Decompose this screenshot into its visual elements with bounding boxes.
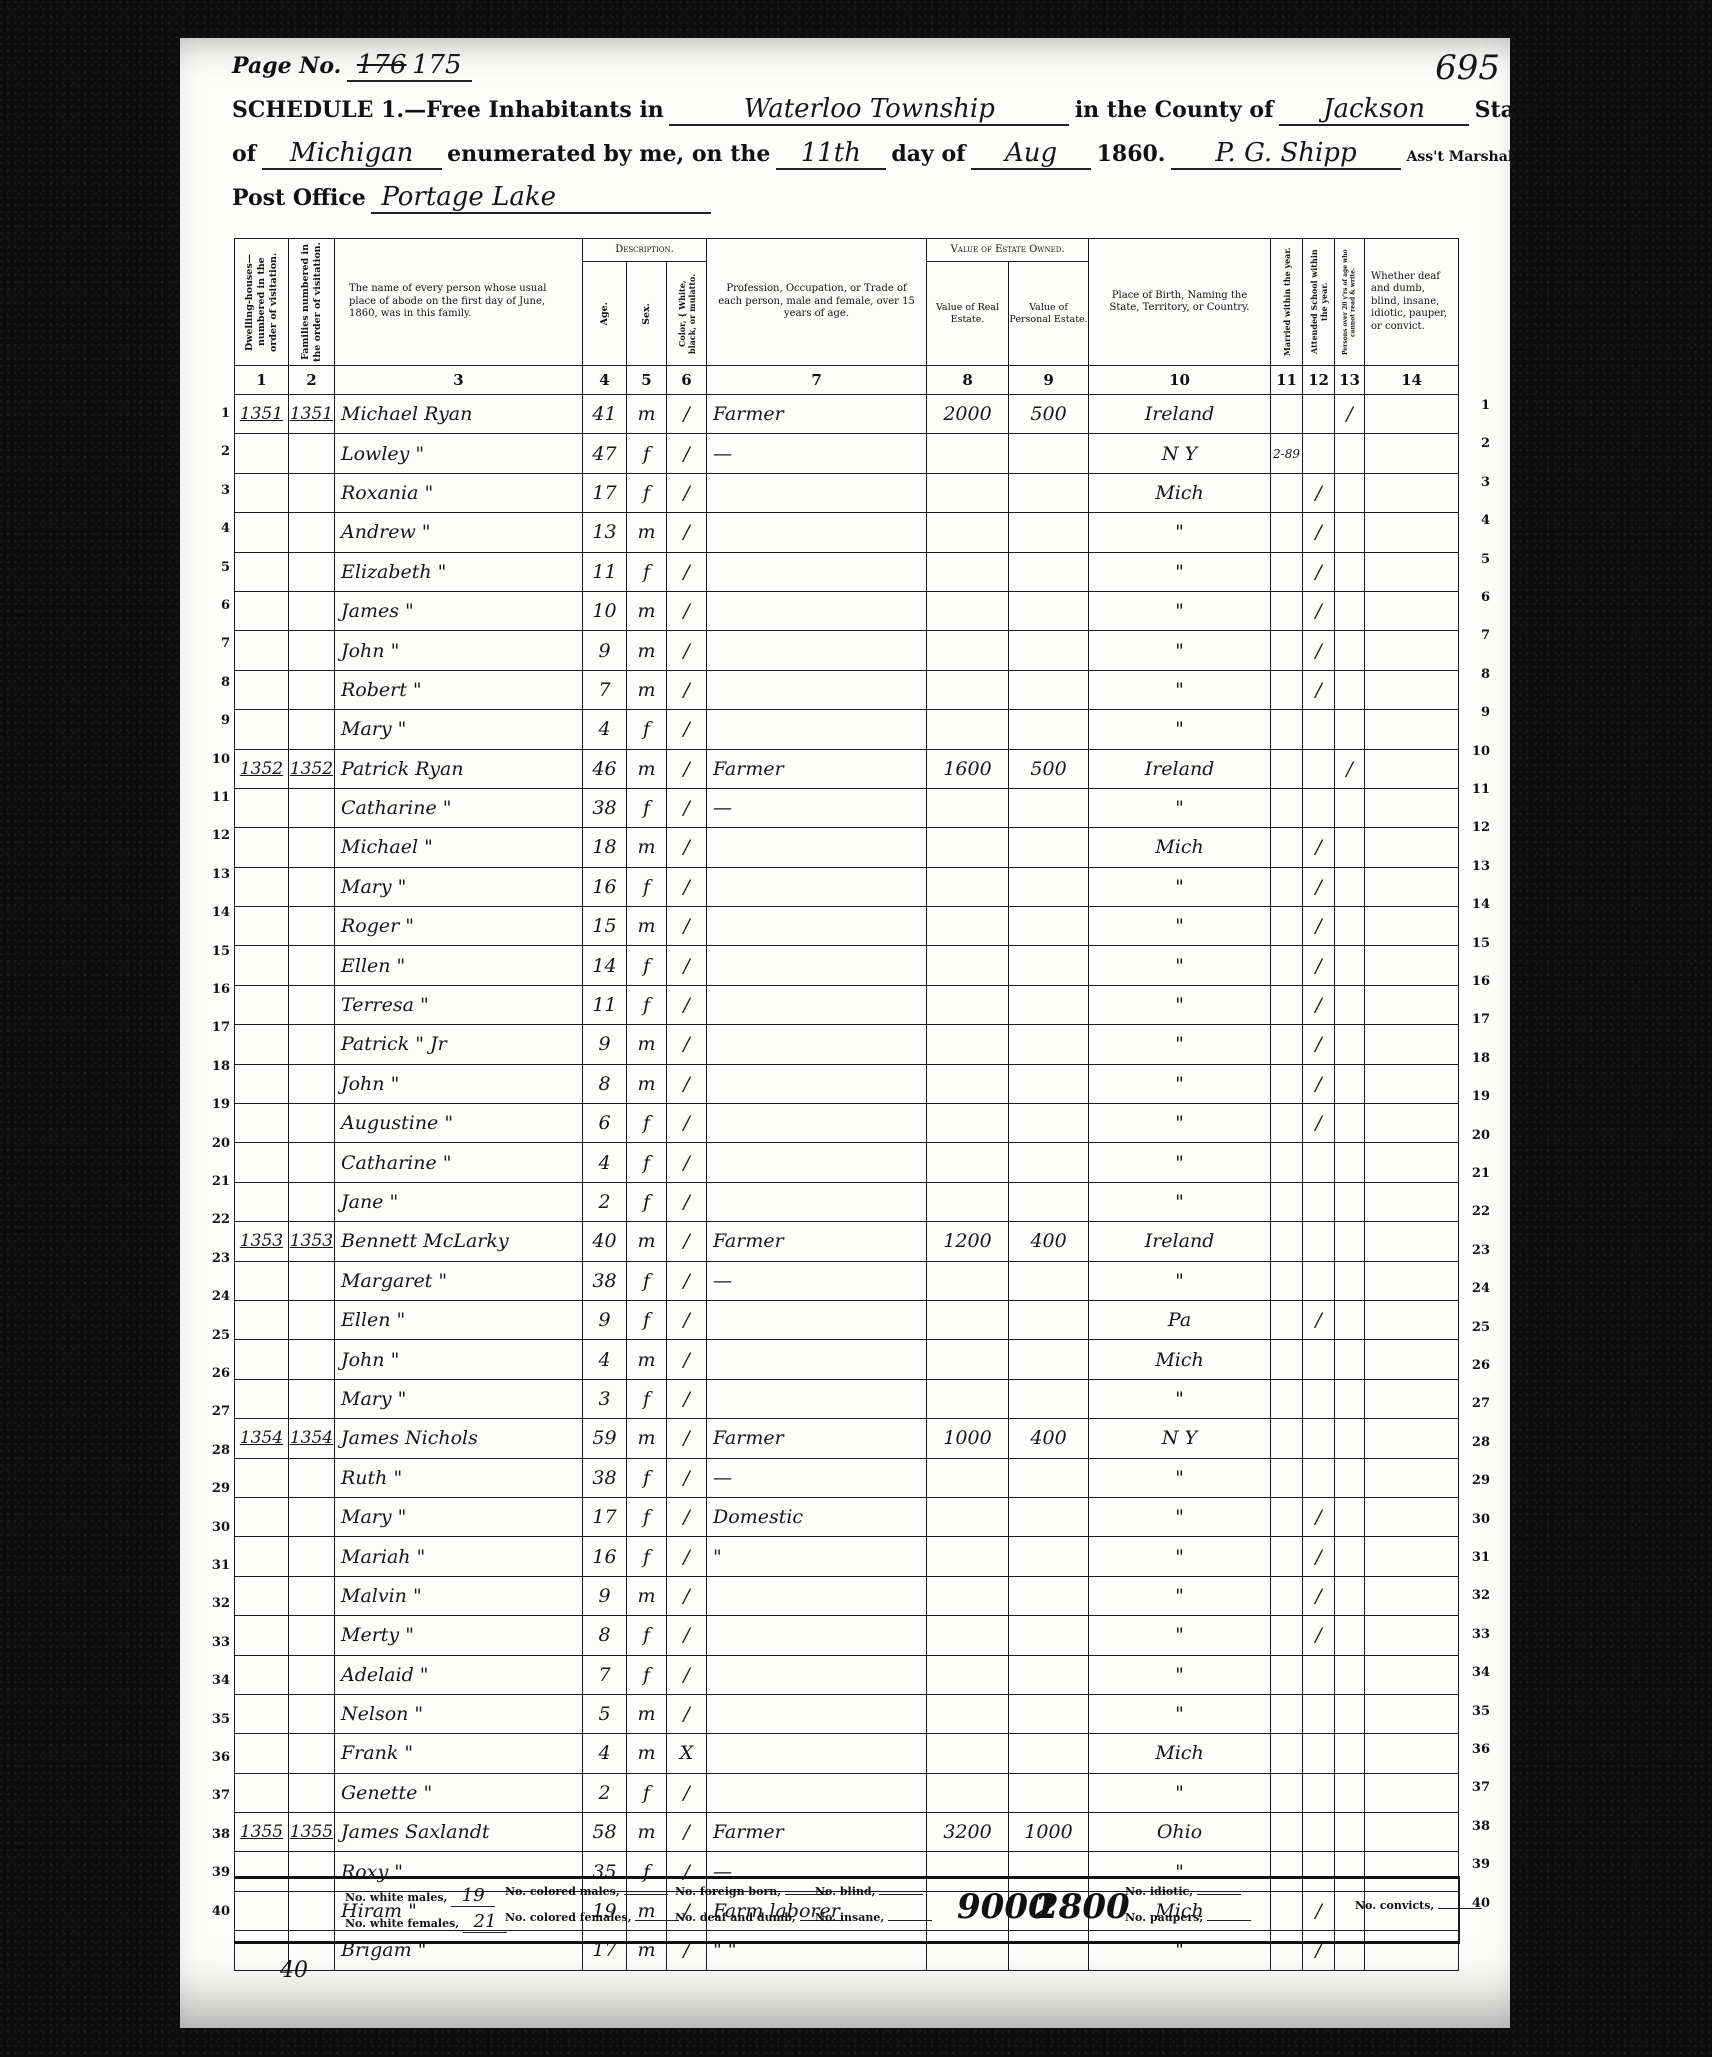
person-name-cell: Roxania " xyxy=(335,473,583,512)
personal-estate-value-cell xyxy=(1009,1261,1089,1300)
table-row: John "8m/"/ xyxy=(235,1064,1459,1103)
birthplace-cell: " xyxy=(1089,670,1271,709)
color-cell: / xyxy=(667,1458,707,1497)
occupation-cell xyxy=(707,828,927,867)
occupation-cell xyxy=(707,591,927,630)
line-number: 1 xyxy=(1470,398,1490,413)
sex-cell: f xyxy=(627,867,667,906)
family-number-cell xyxy=(289,1064,335,1103)
family-number-cell xyxy=(289,1734,335,1773)
color-cell: X xyxy=(667,1734,707,1773)
attended-school-cell: / xyxy=(1303,670,1335,709)
cannot-read-write-cell xyxy=(1335,985,1365,1024)
color-cell: / xyxy=(667,552,707,591)
condition-cell xyxy=(1365,1300,1459,1339)
occupation-cell xyxy=(707,985,927,1024)
foreign-born-summary: No. foreign born, xyxy=(675,1885,829,1898)
attended-school-cell xyxy=(1303,1143,1335,1182)
schedule-line: SCHEDULE 1.—Free Inhabitants in Waterloo… xyxy=(232,94,1539,126)
birthplace-cell: " xyxy=(1089,552,1271,591)
birthplace-cell: " xyxy=(1089,1143,1271,1182)
line-number: 32 xyxy=(1470,1588,1490,1603)
married-within-year-cell xyxy=(1271,1261,1303,1300)
age-cell: 4 xyxy=(583,1143,627,1182)
birthplace-cell: " xyxy=(1089,513,1271,552)
family-number-cell xyxy=(289,513,335,552)
dwelling-number-cell xyxy=(235,473,289,512)
cannot-read-write-cell xyxy=(1335,434,1365,473)
cannot-read-write-cell xyxy=(1335,1222,1365,1261)
color-cell: / xyxy=(667,1379,707,1418)
real-estate-value-cell xyxy=(927,1773,1009,1812)
sex-cell: m xyxy=(627,395,667,434)
married-within-year-cell xyxy=(1271,1182,1303,1221)
condition-cell xyxy=(1365,1497,1459,1536)
line-number: 20 xyxy=(210,1136,230,1151)
condition-cell xyxy=(1365,1104,1459,1143)
line-number: 9 xyxy=(1470,705,1490,720)
personal-estate-value-cell xyxy=(1009,473,1089,512)
table-row: Andrew "13m/"/ xyxy=(235,513,1459,552)
condition-cell xyxy=(1365,1379,1459,1418)
personal-estate-value-cell: 500 xyxy=(1009,749,1089,788)
married-within-year-cell xyxy=(1271,1340,1303,1379)
age-cell: 4 xyxy=(583,1340,627,1379)
condition-cell xyxy=(1365,907,1459,946)
header-condition: Whether deaf and dumb, blind, insane, id… xyxy=(1365,239,1459,366)
attended-school-cell: / xyxy=(1303,631,1335,670)
sex-cell: f xyxy=(627,946,667,985)
cannot-read-write-cell xyxy=(1335,1261,1365,1300)
attended-school-cell xyxy=(1303,1773,1335,1812)
attended-school-cell: / xyxy=(1303,513,1335,552)
sex-cell: f xyxy=(627,1616,667,1655)
personal-estate-value-cell xyxy=(1009,1182,1089,1221)
sex-cell: m xyxy=(627,513,667,552)
post-office-field: Portage Lake xyxy=(381,182,556,212)
sex-cell: m xyxy=(627,670,667,709)
occupation-cell: — xyxy=(707,434,927,473)
table-row: 13541354James Nichols59m/Farmer1000400N … xyxy=(235,1419,1459,1458)
personal-estate-value-cell xyxy=(1009,946,1089,985)
cannot-read-write-cell xyxy=(1335,1419,1365,1458)
bottom-tally: 40 xyxy=(280,1958,308,1983)
occupation-cell: Farmer xyxy=(707,1222,927,1261)
birthplace-cell: Mich xyxy=(1089,1734,1271,1773)
table-row: Ellen "14f/"/ xyxy=(235,946,1459,985)
dwelling-number-cell xyxy=(235,1576,289,1615)
family-number-cell xyxy=(289,1616,335,1655)
sex-cell: f xyxy=(627,1773,667,1812)
white-males-summary: No. white males, 19 xyxy=(345,1885,495,1907)
occupation-cell xyxy=(707,710,927,749)
occupation-cell: " xyxy=(707,1537,927,1576)
married-within-year-cell xyxy=(1271,828,1303,867)
occupation-cell: Domestic xyxy=(707,1497,927,1536)
dwelling-number-cell xyxy=(235,1694,289,1733)
family-number-cell xyxy=(289,985,335,1024)
occupation-cell xyxy=(707,1104,927,1143)
cannot-read-write-cell xyxy=(1335,1104,1365,1143)
married-within-year-cell xyxy=(1271,907,1303,946)
line-number: 33 xyxy=(210,1635,230,1650)
line-number: 29 xyxy=(210,1481,230,1496)
age-cell: 3 xyxy=(583,1379,627,1418)
person-name-cell: Catharine " xyxy=(335,1143,583,1182)
real-estate-value-cell xyxy=(927,1104,1009,1143)
sex-cell: m xyxy=(627,1222,667,1261)
occupation-cell xyxy=(707,1143,927,1182)
family-number-cell xyxy=(289,710,335,749)
table-row: Malvin "9m/"/ xyxy=(235,1576,1459,1615)
birthplace-cell: " xyxy=(1089,1104,1271,1143)
cannot-read-write-cell xyxy=(1335,1734,1365,1773)
attended-school-cell xyxy=(1303,1694,1335,1733)
color-cell: / xyxy=(667,395,707,434)
birthplace-cell: Mich xyxy=(1089,473,1271,512)
occupation-cell xyxy=(707,1616,927,1655)
personal-estate-value-cell xyxy=(1009,1104,1089,1143)
occupation-cell xyxy=(707,1734,927,1773)
person-name-cell: Genette " xyxy=(335,1773,583,1812)
condition-cell xyxy=(1365,1064,1459,1103)
attended-school-cell: / xyxy=(1303,1300,1335,1339)
family-number-cell xyxy=(289,1458,335,1497)
attended-school-cell xyxy=(1303,1222,1335,1261)
line-number: 23 xyxy=(1470,1243,1490,1258)
occupation-cell xyxy=(707,473,927,512)
age-cell: 38 xyxy=(583,788,627,827)
birthplace-cell: Ireland xyxy=(1089,1222,1271,1261)
line-number: 5 xyxy=(210,560,230,575)
table-row: Mary "4f/" xyxy=(235,710,1459,749)
line-number: 2 xyxy=(210,444,230,459)
census-table: Dwelling-houses—numbered in the order of… xyxy=(234,238,1459,1971)
marshal-signature: P. G. Shipp xyxy=(1215,138,1356,168)
birthplace-cell: " xyxy=(1089,985,1271,1024)
condition-cell xyxy=(1365,552,1459,591)
sex-cell: m xyxy=(627,631,667,670)
cannot-read-write-cell xyxy=(1335,1655,1365,1694)
condition-cell xyxy=(1365,395,1459,434)
table-row: Patrick " Jr9m/"/ xyxy=(235,1025,1459,1064)
attended-school-cell xyxy=(1303,1734,1335,1773)
table-row: Elizabeth "11f/"/ xyxy=(235,552,1459,591)
line-number: 15 xyxy=(1470,936,1490,951)
header-real-estate: Value of Real Estate. xyxy=(927,262,1009,366)
table-row: 13531353Bennett McLarky40m/Farmer1200400… xyxy=(235,1222,1459,1261)
color-cell: / xyxy=(667,1576,707,1615)
age-cell: 6 xyxy=(583,1104,627,1143)
married-within-year-cell xyxy=(1271,710,1303,749)
sex-cell: f xyxy=(627,1300,667,1339)
line-number: 38 xyxy=(210,1827,230,1842)
age-cell: 17 xyxy=(583,1497,627,1536)
condition-cell xyxy=(1365,985,1459,1024)
table-row: Jane "2f/" xyxy=(235,1182,1459,1221)
dwelling-number-cell xyxy=(235,946,289,985)
table-row: Michael "18m/Mich/ xyxy=(235,828,1459,867)
condition-cell xyxy=(1365,828,1459,867)
cannot-read-write-cell xyxy=(1335,788,1365,827)
birthplace-cell: N Y xyxy=(1089,1419,1271,1458)
personal-estate-value-cell xyxy=(1009,1616,1089,1655)
attended-school-cell: / xyxy=(1303,473,1335,512)
line-number: 26 xyxy=(210,1366,230,1381)
married-within-year-cell xyxy=(1271,1576,1303,1615)
table-row: 13521352Patrick Ryan46m/Farmer1600500Ire… xyxy=(235,749,1459,788)
dwelling-number-cell: 1352 xyxy=(235,749,289,788)
page-number-struck: 176 xyxy=(357,50,407,80)
married-within-year-cell xyxy=(1271,395,1303,434)
line-number: 11 xyxy=(210,790,230,805)
cannot-read-write-cell xyxy=(1335,473,1365,512)
header-color: Color, { White, black, or mulatto. xyxy=(667,262,707,366)
sex-cell: f xyxy=(627,788,667,827)
family-number-cell xyxy=(289,670,335,709)
age-cell: 38 xyxy=(583,1261,627,1300)
dwelling-number-cell xyxy=(235,867,289,906)
line-number: 14 xyxy=(1470,897,1490,912)
family-number-cell xyxy=(289,552,335,591)
condition-cell xyxy=(1365,473,1459,512)
occupation-cell xyxy=(707,1576,927,1615)
personal-estate-value-cell xyxy=(1009,1734,1089,1773)
sex-cell: f xyxy=(627,1182,667,1221)
attended-school-cell: / xyxy=(1303,828,1335,867)
dwelling-number-cell xyxy=(235,1773,289,1812)
family-number-cell xyxy=(289,1773,335,1812)
real-estate-value-cell xyxy=(927,907,1009,946)
family-number-cell xyxy=(289,1025,335,1064)
attended-school-cell: / xyxy=(1303,946,1335,985)
occupation-cell xyxy=(707,1064,927,1103)
real-estate-value-cell xyxy=(927,1497,1009,1536)
sex-cell: f xyxy=(627,985,667,1024)
condition-cell xyxy=(1365,788,1459,827)
age-cell: 2 xyxy=(583,1773,627,1812)
dwelling-number-cell xyxy=(235,1300,289,1339)
line-number: 24 xyxy=(210,1289,230,1304)
line-number: 31 xyxy=(1470,1550,1490,1565)
color-cell: / xyxy=(667,907,707,946)
family-number-cell xyxy=(289,1300,335,1339)
age-cell: 46 xyxy=(583,749,627,788)
line-number: 15 xyxy=(210,944,230,959)
line-number: 16 xyxy=(1470,974,1490,989)
occupation-cell: — xyxy=(707,1458,927,1497)
personal-estate-value-cell xyxy=(1009,1143,1089,1182)
color-cell: / xyxy=(667,1419,707,1458)
married-within-year-cell xyxy=(1271,1537,1303,1576)
occupation-cell xyxy=(707,631,927,670)
attended-school-cell: / xyxy=(1303,1576,1335,1615)
header-birthplace: Place of Birth, Naming the State, Territ… xyxy=(1089,239,1271,366)
line-number: 37 xyxy=(210,1788,230,1803)
condition-cell xyxy=(1365,1182,1459,1221)
person-name-cell: Michael Ryan xyxy=(335,395,583,434)
real-estate-value-cell xyxy=(927,788,1009,827)
cannot-read-write-cell xyxy=(1335,828,1365,867)
table-row: John "9m/"/ xyxy=(235,631,1459,670)
line-number: 21 xyxy=(1470,1166,1490,1181)
real-estate-value-cell xyxy=(927,670,1009,709)
table-row: Lowley "47f/—N Y2-89 xyxy=(235,434,1459,473)
color-cell: / xyxy=(667,631,707,670)
line-number: 24 xyxy=(1470,1281,1490,1296)
cannot-read-write-cell xyxy=(1335,591,1365,630)
married-within-year-cell xyxy=(1271,513,1303,552)
real-estate-value-cell xyxy=(927,1458,1009,1497)
line-number: 11 xyxy=(1470,782,1490,797)
dwelling-number-cell xyxy=(235,1064,289,1103)
birthplace-cell: Mich xyxy=(1089,1340,1271,1379)
line-number: 7 xyxy=(1470,628,1490,643)
white-females-summary: No. white females, 21 xyxy=(345,1911,507,1933)
family-number-cell xyxy=(289,591,335,630)
line-number: 35 xyxy=(1470,1704,1490,1719)
person-name-cell: Mary " xyxy=(335,867,583,906)
birthplace-cell: " xyxy=(1089,591,1271,630)
real-estate-value-cell xyxy=(927,867,1009,906)
cannot-read-write-cell xyxy=(1335,1300,1365,1339)
header-married: Married within the year. xyxy=(1271,239,1303,366)
personal-estate-value-cell xyxy=(1009,1300,1089,1339)
personal-estate-value-cell xyxy=(1009,1655,1089,1694)
line-number: 9 xyxy=(210,713,230,728)
real-estate-value-cell xyxy=(927,1616,1009,1655)
table-row: James "10m/"/ xyxy=(235,591,1459,630)
dwelling-number-cell xyxy=(235,670,289,709)
color-cell: / xyxy=(667,828,707,867)
dwelling-number-cell xyxy=(235,513,289,552)
dwelling-number-cell xyxy=(235,985,289,1024)
line-number: 22 xyxy=(1470,1204,1490,1219)
birthplace-cell: Pa xyxy=(1089,1300,1271,1339)
color-cell: / xyxy=(667,946,707,985)
line-number: 30 xyxy=(1470,1512,1490,1527)
line-number: 16 xyxy=(210,982,230,997)
color-cell: / xyxy=(667,1340,707,1379)
dwelling-number-cell xyxy=(235,591,289,630)
birthplace-cell: " xyxy=(1089,907,1271,946)
line-number: 31 xyxy=(210,1558,230,1573)
color-cell: / xyxy=(667,985,707,1024)
personal-estate-value-cell xyxy=(1009,907,1089,946)
real-estate-value-cell xyxy=(927,1261,1009,1300)
married-within-year-cell xyxy=(1271,1379,1303,1418)
condition-cell xyxy=(1365,1813,1459,1852)
table-row: Mariah "16f/""/ xyxy=(235,1537,1459,1576)
married-within-year-cell xyxy=(1271,788,1303,827)
color-cell: / xyxy=(667,1182,707,1221)
age-cell: 38 xyxy=(583,1458,627,1497)
personal-estate-value-cell: 400 xyxy=(1009,1419,1089,1458)
real-estate-value-cell xyxy=(927,1537,1009,1576)
person-name-cell: Mary " xyxy=(335,1497,583,1536)
dwelling-number-cell xyxy=(235,1655,289,1694)
person-name-cell: Jane " xyxy=(335,1182,583,1221)
personal-estate-value-cell xyxy=(1009,434,1089,473)
cannot-read-write-cell xyxy=(1335,1537,1365,1576)
cannot-read-write-cell xyxy=(1335,1458,1365,1497)
county-field: Jackson xyxy=(1323,94,1425,124)
family-number-cell xyxy=(289,434,335,473)
attended-school-cell xyxy=(1303,1655,1335,1694)
line-number: 28 xyxy=(210,1443,230,1458)
personal-estate-total: 2800 xyxy=(1035,1887,1130,1927)
sex-cell: m xyxy=(627,1813,667,1852)
occupation-cell xyxy=(707,552,927,591)
age-cell: 18 xyxy=(583,828,627,867)
condition-cell xyxy=(1365,1458,1459,1497)
line-number: 6 xyxy=(1470,590,1490,605)
condition-cell xyxy=(1365,591,1459,630)
real-estate-value-cell xyxy=(927,1025,1009,1064)
birthplace-cell: " xyxy=(1089,1497,1271,1536)
age-cell: 16 xyxy=(583,1537,627,1576)
blind-summary: No. blind, xyxy=(815,1885,923,1898)
condition-cell xyxy=(1365,434,1459,473)
person-name-cell: James " xyxy=(335,591,583,630)
age-cell: 13 xyxy=(583,513,627,552)
married-within-year-cell xyxy=(1271,591,1303,630)
family-number-cell xyxy=(289,1261,335,1300)
real-estate-value-cell xyxy=(927,473,1009,512)
cannot-read-write-cell xyxy=(1335,631,1365,670)
real-estate-value-cell xyxy=(927,1734,1009,1773)
color-cell: / xyxy=(667,473,707,512)
real-estate-value-cell xyxy=(927,1143,1009,1182)
age-cell: 59 xyxy=(583,1419,627,1458)
occupation-cell: — xyxy=(707,1261,927,1300)
married-within-year-cell xyxy=(1271,946,1303,985)
dwelling-number-cell: 1355 xyxy=(235,1813,289,1852)
sex-cell: f xyxy=(627,1497,667,1536)
family-number-cell xyxy=(289,1537,335,1576)
line-number: 36 xyxy=(1470,1742,1490,1757)
cannot-read-write-cell xyxy=(1335,1694,1365,1733)
paupers-summary: No. paupers, xyxy=(1125,1911,1251,1924)
attended-school-cell xyxy=(1303,1419,1335,1458)
attended-school-cell xyxy=(1303,788,1335,827)
real-estate-value-cell xyxy=(927,946,1009,985)
line-number: 37 xyxy=(1470,1780,1490,1795)
township-field: Waterloo Township xyxy=(744,94,995,124)
dwelling-number-cell xyxy=(235,1143,289,1182)
table-row: Merty "8f/"/ xyxy=(235,1616,1459,1655)
birthplace-cell: " xyxy=(1089,1379,1271,1418)
table-row: Terresa "11f/"/ xyxy=(235,985,1459,1024)
real-estate-value-cell: 1200 xyxy=(927,1222,1009,1261)
birthplace-cell: " xyxy=(1089,1261,1271,1300)
age-cell: 7 xyxy=(583,670,627,709)
birthplace-cell: " xyxy=(1089,710,1271,749)
color-cell: / xyxy=(667,513,707,552)
sex-cell: m xyxy=(627,591,667,630)
person-name-cell: Mary " xyxy=(335,710,583,749)
line-number: 18 xyxy=(210,1059,230,1074)
condition-cell xyxy=(1365,1340,1459,1379)
table-row: Catharine "4f/" xyxy=(235,1143,1459,1182)
birthplace-cell: " xyxy=(1089,1182,1271,1221)
line-number: 40 xyxy=(210,1904,230,1919)
line-number: 19 xyxy=(210,1097,230,1112)
header-school: Attended School within the year. xyxy=(1303,239,1335,366)
person-name-cell: Terresa " xyxy=(335,985,583,1024)
personal-estate-value-cell: 1000 xyxy=(1009,1813,1089,1852)
condition-cell xyxy=(1365,749,1459,788)
